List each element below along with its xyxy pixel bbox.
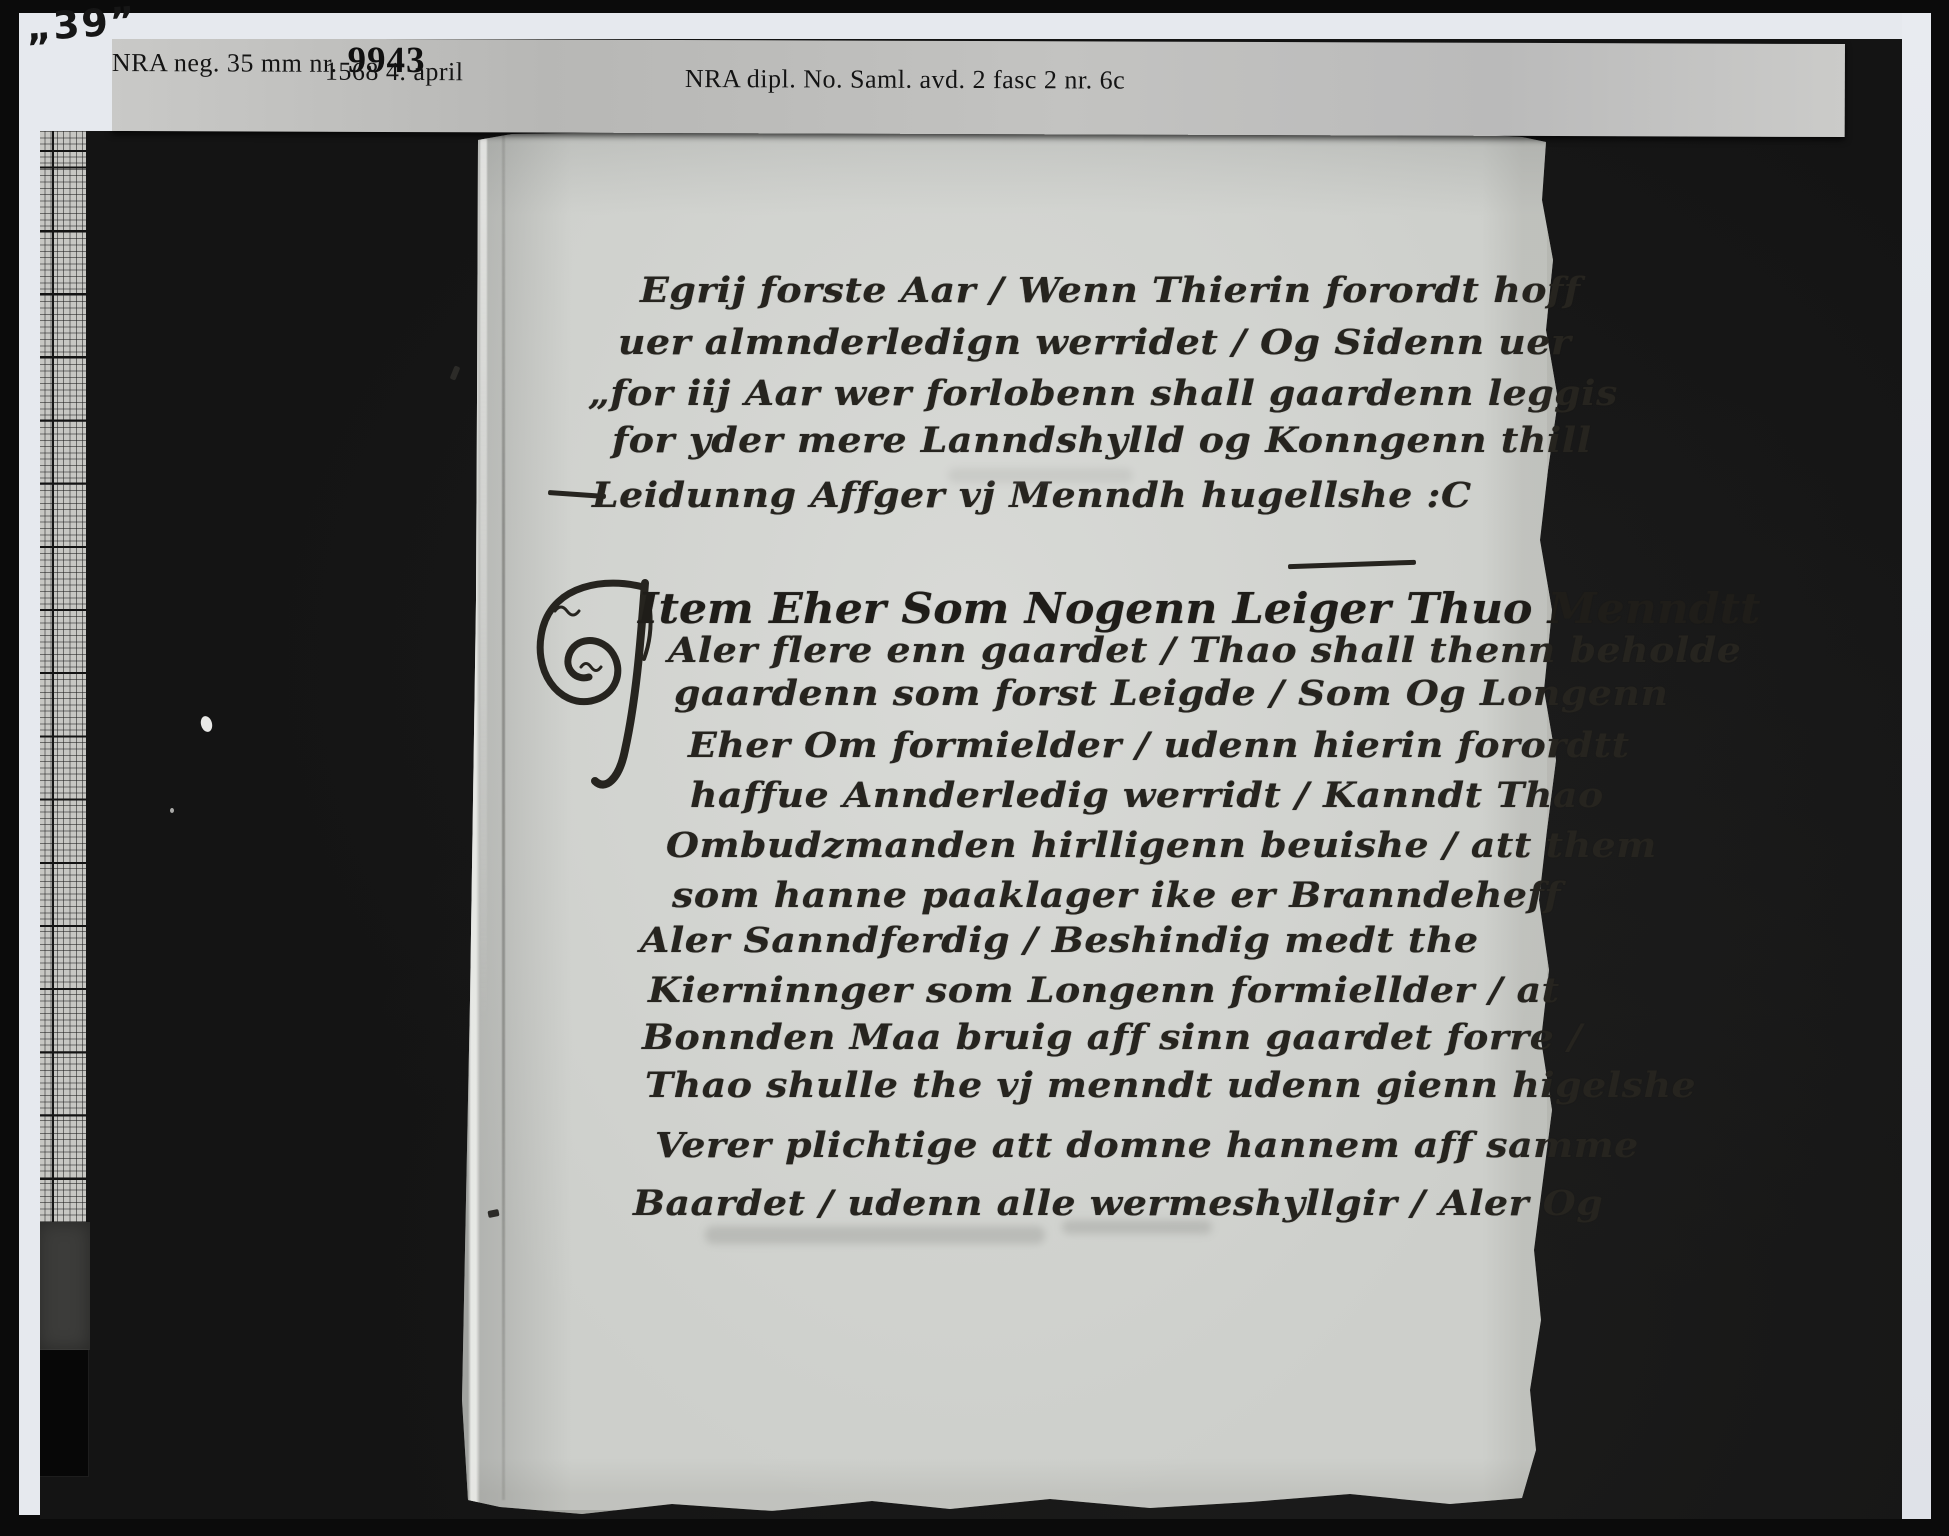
handwriting-line: Thao shulle the vj menndt udenn gienn hi… [645, 1067, 1696, 1106]
handwriting-line: Eher Om formielder / udenn hierin forord… [688, 727, 1630, 766]
ink-showthrough [705, 1226, 1045, 1244]
ink-showthrough [1062, 1220, 1212, 1234]
handwriting-line: Aler flere enn gaardet / Thao shall then… [668, 632, 1741, 671]
handwriting-line: Bonnden Maa bruig aff sinn gaardet forre… [642, 1019, 1582, 1058]
archive-reference-label: NRA dipl. No. Saml. avd. 2 fasc 2 nr. 6c [685, 64, 1125, 96]
archival-photograph: Egrij forste Aar / Wenn Thierin forordt … [0, 0, 1949, 1536]
handwriting-line: gaardenn som forst Leigde / Som Og Longe… [674, 675, 1668, 714]
print-border-right [1902, 13, 1931, 1519]
handwriting-line: som hanne paaklager ike er Branndeheff [672, 877, 1561, 916]
grayscale-patch-black [40, 1350, 88, 1476]
dust-speck [170, 808, 174, 813]
handwriting-line: for yder mere Lanndshylld og Konngenn th… [612, 422, 1592, 461]
handwriting-line: Kierninnger som Longenn formiellder / at [648, 972, 1560, 1011]
binding-fold-line [502, 128, 505, 1500]
millimeter-scale-ruler [38, 131, 86, 1222]
corner-annotation: „39” [25, 0, 139, 50]
binding-highlight [480, 128, 487, 1028]
print-border-top [19, 13, 1931, 39]
handwriting-line: Baardet / udenn alle wermeshyllgir / Ale… [633, 1185, 1603, 1224]
negative-label: NRA neg. 35 mm nr. [112, 48, 338, 79]
handwriting-line: Egrij forste Aar / Wenn Thierin forordt … [640, 272, 1581, 311]
handwriting-line: Verer plichtige att domne hannem aff sam… [655, 1127, 1639, 1166]
handwriting-heading: Item Eher Som Nogenn Leiger Thuo Menndtt [638, 586, 1760, 632]
handwriting-line: „for iij Aar wer forlobenn shall gaarden… [588, 375, 1618, 414]
handwriting-line: haffue Annderledig werridt / Kanndt Thao [690, 777, 1604, 816]
handwriting-line: Aler Sanndferdig / Beshindig medt the [640, 922, 1479, 961]
handwriting-line: Ombudzmanden hirlligenn beuishe / att th… [666, 827, 1657, 866]
ink-showthrough [948, 468, 1133, 483]
grayscale-patch-gray [38, 1222, 90, 1350]
print-border-left [19, 13, 40, 1515]
date-label: 1568 4. april [325, 57, 464, 87]
header-reference-strip: 1568 4. april NRA dipl. No. Saml. avd. 2… [112, 38, 1845, 137]
handwriting-line: uer almnderledign werridet / Og Sidenn u… [618, 324, 1571, 363]
